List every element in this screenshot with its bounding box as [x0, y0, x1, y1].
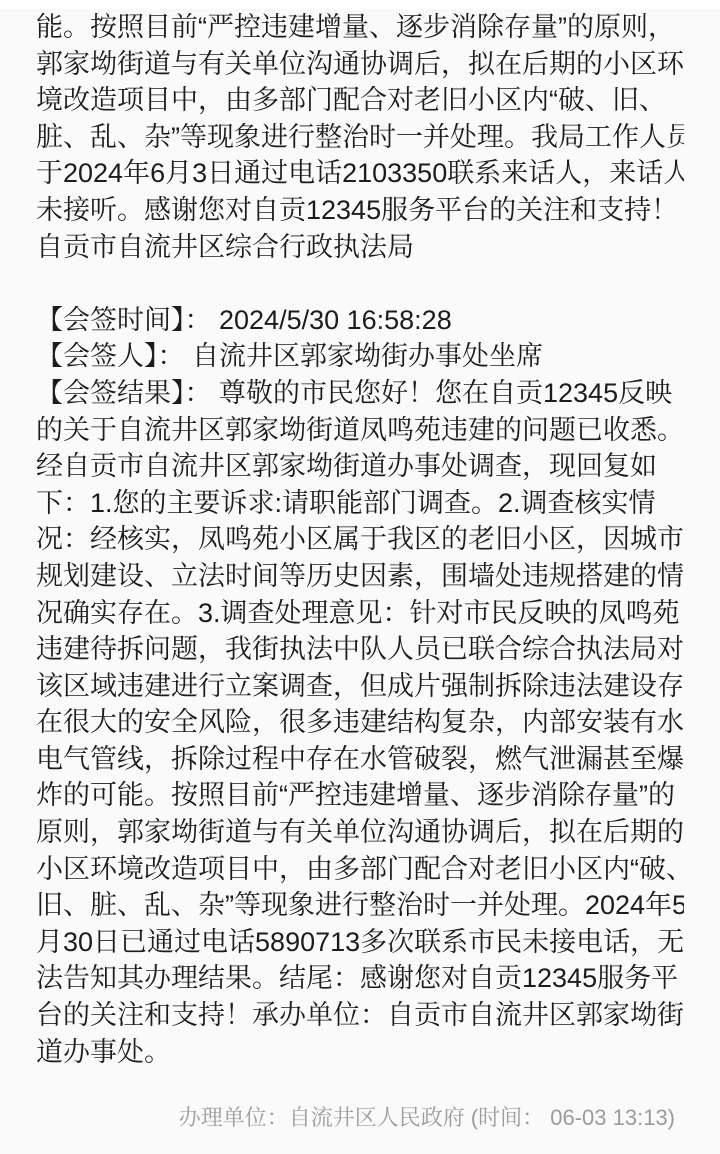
- text-line: 下：1.您的主要诉求:请职能部门调查。2.调查核实情: [36, 485, 684, 522]
- reply-document-body: 能。按照目前“严控违建增量、逐步消除存量”的原则，郭家坳街道与有关单位沟通协调后…: [0, 9, 720, 1136]
- text-line: 月30日已通过电话5890713多次联系市民未接电话，无: [36, 924, 684, 961]
- text-line: 台的关注和支持！承办单位：自贡市自流井区郭家坳街: [36, 997, 684, 1034]
- text-line: 未接听。感谢您对自贡12345服务平台的关注和支持！: [36, 192, 684, 229]
- text-line: 【会签时间】： 2024/5/30 16:58:28: [36, 302, 684, 339]
- text-line: 在很大的安全风险，很多违建结构复杂，内部安装有水: [36, 704, 684, 741]
- text-line: 旧、脏、乱、杂”等现象进行整治时一并处理。2024年5: [36, 887, 684, 924]
- text-line: 自贡市自流井区综合行政执法局: [36, 229, 684, 266]
- text-line: 【会签结果】： 尊敬的市民您好！您在自贡12345反映: [36, 375, 684, 412]
- text-line: 的关于自流井区郭家坳街道凤鸣苑违建的问题已收悉。: [36, 412, 684, 449]
- handling-unit-footer: 办理单位：自流井区人民政府 (时间： 06-03 13:13): [36, 1100, 684, 1136]
- text-line: 况：经核实，凤鸣苑小区属于我区的老旧小区，因城市: [36, 521, 684, 558]
- text-line: 经自贡市自流井区郭家坳街道办事处调查，现回复如: [36, 448, 684, 485]
- top-edge-divider: [0, 0, 720, 9]
- text-line: 该区域违建进行立案调查，但成片强制拆除违法建设存: [36, 668, 684, 705]
- complaint-reply-page: 能。按照目前“严控违建增量、逐步消除存量”的原则，郭家坳街道与有关单位沟通协调后…: [0, 0, 720, 1136]
- paragraph-countersign-reply: 【会签时间】： 2024/5/30 16:58:28【会签人】： 自流井区郭家坳…: [36, 302, 684, 1070]
- text-line: 规划建设、立法时间等历史因素，围墙处违规搭建的情: [36, 558, 684, 595]
- text-line: 法告知其办理结果。结尾：感谢您对自贡12345服务平: [36, 960, 684, 997]
- text-line: 况确实存在。3.调查处理意见：针对市民反映的凤鸣苑: [36, 595, 684, 632]
- text-line: 道办事处。: [36, 1034, 684, 1071]
- text-line: 郭家坳街道与有关单位沟通协调后，拟在后期的小区环: [36, 46, 684, 83]
- paragraph-enforcement-bureau-reply: 能。按照目前“严控违建增量、逐步消除存量”的原则，郭家坳街道与有关单位沟通协调后…: [36, 9, 684, 265]
- text-line: 电气管线，拆除过程中存在水管破裂，燃气泄漏甚至爆: [36, 741, 684, 778]
- text-line: 脏、乱、杂”等现象进行整治时一并处理。我局工作人员: [36, 119, 684, 156]
- text-line: 境改造项目中，由多部门配合对老旧小区内“破、旧、: [36, 82, 684, 119]
- text-line: 炸的可能。按照目前“严控违建增量、逐步消除存量”的: [36, 777, 684, 814]
- text-line: 能。按照目前“严控违建增量、逐步消除存量”的原则，: [36, 9, 684, 46]
- handling-unit-text: 办理单位：自流井区人民政府 (时间： 06-03 13:13): [179, 1105, 675, 1130]
- text-line: 原则，郭家坳街道与有关单位沟通协调后，拟在后期的: [36, 814, 684, 851]
- text-line: 【会签人】： 自流井区郭家坳街办事处坐席: [36, 338, 684, 375]
- text-line: 小区环境改造项目中，由多部门配合对老旧小区内“破、: [36, 851, 684, 888]
- text-line: 违建待拆问题，我街执法中队人员已联合综合执法局对: [36, 631, 684, 668]
- text-line: 于2024年6月3日通过电话2103350联系来话人，来话人: [36, 155, 684, 192]
